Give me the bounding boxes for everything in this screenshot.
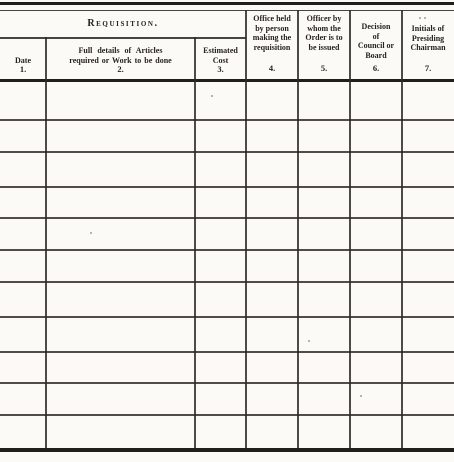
- scan-speck: [90, 232, 92, 234]
- column-header-issuing-officer-line: Officer by: [307, 14, 342, 24]
- bottom-heavy-rule: [0, 448, 454, 452]
- column-header-estimated-cost: Estimated Cost 3.: [195, 37, 246, 79]
- column-header-issuing-officer: Officer by whom the Order is to be issue…: [298, 10, 350, 79]
- column-number-issuing-officer: 5.: [321, 64, 327, 73]
- table-row: [0, 283, 454, 318]
- column-number-initials: 7.: [425, 64, 431, 73]
- column-header-decision-line: Council or: [358, 41, 394, 51]
- table-body: [0, 82, 454, 448]
- scan-speck: [419, 17, 421, 19]
- top-heavy-rule: [0, 2, 454, 5]
- table-row: [0, 318, 454, 353]
- column-header-office-held: Office held by person making the requisi…: [246, 10, 298, 79]
- column-header-office-held-line: making the: [253, 33, 291, 43]
- column-header-details-line: Full details of Articles: [79, 46, 163, 56]
- table-row: [0, 353, 454, 384]
- column-header-details: Full details of Articles required or Wor…: [46, 37, 195, 79]
- scan-speck: [360, 395, 362, 397]
- group-header-label: Requisition.: [87, 18, 158, 29]
- column-header-initials-line: Presiding: [412, 34, 444, 44]
- column-number-estimated-cost: 3.: [217, 65, 223, 74]
- column-number-decision: 6.: [373, 64, 379, 73]
- column-header-office-held-line: Office held: [253, 14, 291, 24]
- table-row: [0, 251, 454, 283]
- column-header-decision-line: Board: [365, 51, 386, 61]
- table-row: [0, 416, 454, 448]
- column-header-date: Date 1.: [0, 37, 46, 79]
- table-row: [0, 82, 454, 121]
- table-row: [0, 188, 454, 219]
- group-header-requisition: Requisition.: [0, 10, 246, 37]
- table-row: [0, 121, 454, 153]
- column-header-estimated-cost-line: Estimated: [203, 46, 238, 56]
- column-divider-cost-office: [245, 10, 247, 448]
- column-number-date: 1.: [20, 65, 26, 74]
- column-header-initials: Initials of Presiding Chairman 7.: [402, 10, 454, 79]
- column-header-initials-line: Chairman: [410, 43, 445, 53]
- column-divider-details-cost: [194, 37, 196, 448]
- table-row: [0, 384, 454, 416]
- column-header-office-held-line: by person: [255, 24, 289, 34]
- column-header-issuing-officer-line: Order is to: [305, 33, 342, 43]
- table-row: [0, 153, 454, 188]
- scanned-requisition-form: Requisition. Date 1. Full details of Art…: [0, 0, 454, 462]
- column-header-issuing-officer-line: be issued: [309, 43, 340, 53]
- column-divider-office-officer: [297, 10, 299, 448]
- column-header-issuing-officer-line: whom the: [307, 24, 341, 34]
- column-header-decision: Decision of Council or Board 6.: [350, 10, 402, 79]
- column-header-decision-line: of: [373, 32, 380, 42]
- column-divider-decision-initials: [401, 10, 403, 448]
- column-header-initials-line: Initials of: [412, 24, 445, 34]
- scan-speck: [211, 95, 213, 97]
- column-number-office-held: 4.: [269, 64, 275, 73]
- column-header-decision-line: Decision: [362, 22, 391, 32]
- scan-speck: [308, 340, 310, 342]
- column-divider-date-details: [45, 37, 47, 448]
- column-divider-officer-decision: [349, 10, 351, 448]
- table-row: [0, 219, 454, 251]
- column-number-details: 2.: [117, 65, 123, 74]
- scan-speck: [424, 17, 426, 19]
- column-header-office-held-line: requisition: [254, 43, 291, 53]
